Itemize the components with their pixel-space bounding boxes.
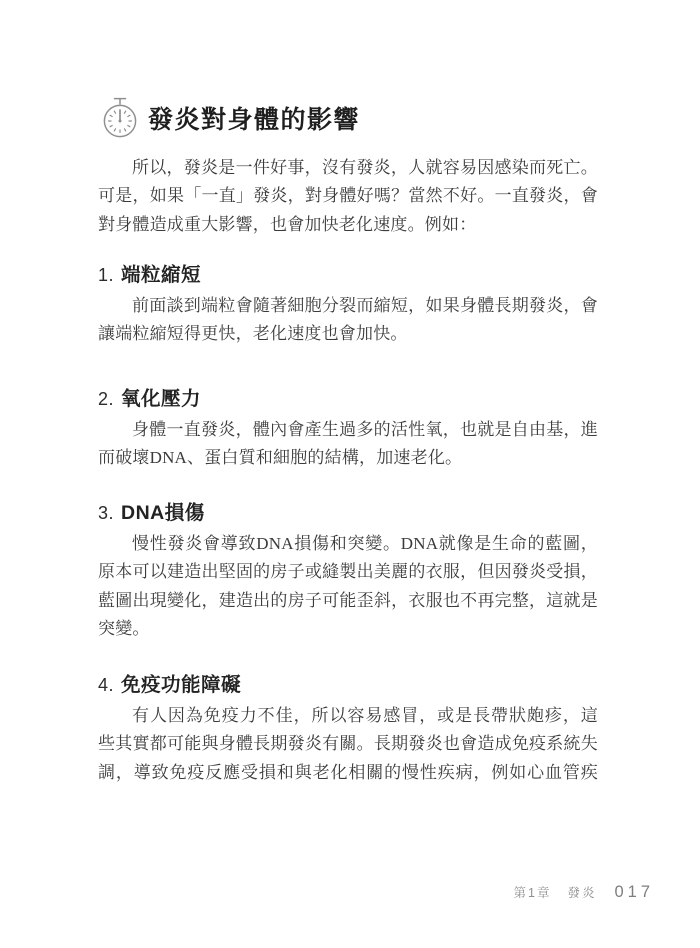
section-immune-dysfunction: 4.免疫功能障礙 有人因為免疫力不佳，所以容易感冒，或是長帶狀皰疹，這 些其實都… [98,670,598,787]
chapter-title: 發炎 [567,883,596,901]
section-heading: 1.端粒縮短 [98,260,598,290]
text-line: 對身體造成重大影響，也會加快老化速度。例如： [98,211,598,239]
heading-number: 3. [98,503,114,523]
intro-paragraph: 所以，發炎是一件好事，沒有發炎，人就容易因感染而死亡。 可是，如果「一直」發炎，… [98,154,598,239]
heading-text: 端粒縮短 [121,264,201,286]
text-line: 原本可以建造出堅固的房子或縫製出美麗的衣服，但因發炎受損， [98,558,598,586]
heading-text: 免疫功能障礙 [121,674,241,696]
heading-text: 氧化壓力 [121,388,201,410]
book-page: 發炎對身體的影響 所以，發炎是一件好事，沒有發炎，人就容易因感染而死亡。 可是，… [0,0,700,948]
text-line: 慢性發炎會導致DNA損傷和突變。DNA就像是生命的藍圖， [98,530,598,558]
text-line: 些其實都可能與身體長期發炎有關。長期發炎也會造成免疫系統失 [98,730,598,758]
text-line: 所以，發炎是一件好事，沒有發炎，人就容易因感染而死亡。 [98,154,598,182]
text-line: 身體一直發炎，體內會產生過多的活性氧，也就是自由基，進 [98,416,598,444]
heading-text: DNA損傷 [121,502,205,524]
section-heading: 2.氧化壓力 [98,384,598,414]
page-title: 發炎對身體的影響 [148,100,360,136]
section-telomere-shortening: 1.端粒縮短 前面談到端粒會隨著細胞分裂而縮短，如果身體長期發炎，會 讓端粒縮短… [98,260,598,349]
stopwatch-icon [101,97,139,139]
chapter-label: 第1章 [514,883,552,901]
text-line: 可是，如果「一直」發炎，對身體好嗎？當然不好。一直發炎，會 [98,182,598,210]
section-heading: 3.DNA損傷 [98,498,598,528]
text-line: 有人因為免疫力不佳，所以容易感冒，或是長帶狀皰疹，這 [98,702,598,730]
section-heading: 4.免疫功能障礙 [98,670,598,700]
text-line: 前面談到端粒會隨著細胞分裂而縮短，如果身體長期發炎，會 [98,292,598,320]
text-line: 而破壞DNA、蛋白質和細胞的結構，加速老化。 [98,444,598,472]
heading-number: 2. [98,389,114,409]
text-line: 調，導致免疫反應受損和與老化相關的慢性疾病，例如心血管疾 [98,759,598,787]
page-title-row: 發炎對身體的影響 [101,97,360,139]
page-number: 017 [614,883,654,902]
section-dna-damage: 3.DNA損傷 慢性發炎會導致DNA損傷和突變。DNA就像是生命的藍圖， 原本可… [98,498,598,644]
text-line: 突變。 [98,615,598,643]
footer: 第1章 發炎 017 [514,883,655,902]
text-line: 讓端粒縮短得更快，老化速度也會加快。 [98,320,598,348]
section-oxidative-stress: 2.氧化壓力 身體一直發炎，體內會產生過多的活性氧，也就是自由基，進 而破壞DN… [98,384,598,473]
text-line: 藍圖出現變化，建造出的房子可能歪斜，衣服也不再完整，這就是 [98,587,598,615]
heading-number: 1. [98,265,114,285]
heading-number: 4. [98,675,114,695]
